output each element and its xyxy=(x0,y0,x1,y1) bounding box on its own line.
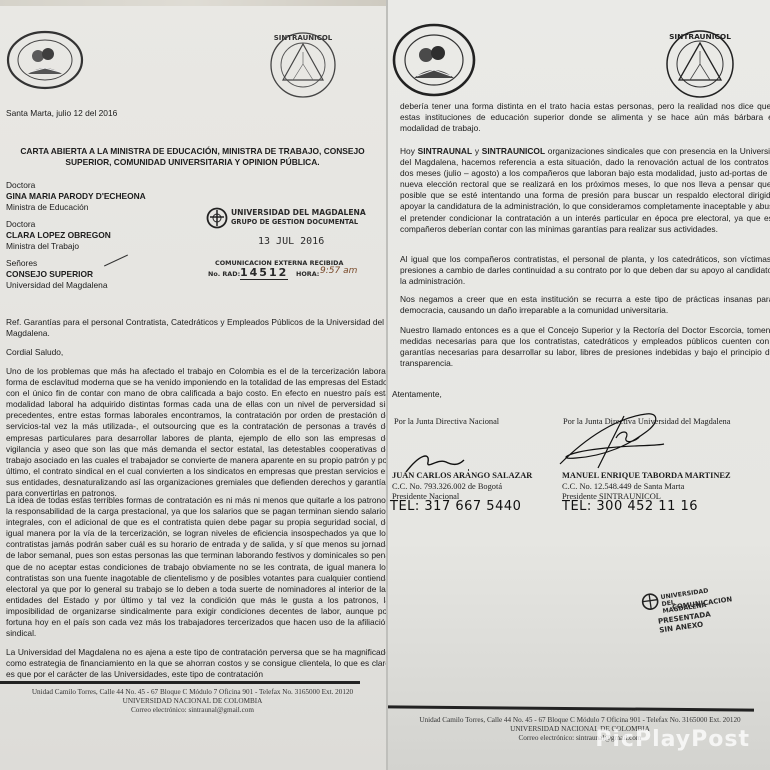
stamp-rad-label: No. RAD: xyxy=(208,270,240,278)
letter-page-1: SINTRAUNICOL Santa Marta, julio 12 del 2… xyxy=(0,0,386,770)
recipient-name: CLARA LOPEZ OBREGON xyxy=(6,230,111,241)
university-seal-icon xyxy=(640,591,660,611)
footer-rule xyxy=(0,681,360,684)
pen-mark xyxy=(104,255,128,267)
recipient-name: CONSEJO SUPERIOR xyxy=(6,269,93,280)
stamp-date: 13 JUL 2016 xyxy=(258,236,324,247)
letter-closing: Atentamente, xyxy=(392,389,442,400)
stamp-hora-label: HORA: xyxy=(296,270,319,278)
footer-address: Unidad Camilo Torres, Calle 44 No. 45 - … xyxy=(388,716,770,725)
signatory-name: JUAN CARLOS ARANGO SALAZAR xyxy=(392,470,532,481)
paragraph-connector: y xyxy=(472,146,482,156)
footer-email: Correo electrónico: sintraunal@gmail.com xyxy=(0,706,385,715)
recipient-name: GINA MARIA PARODY D'ECHEONA xyxy=(6,191,146,202)
letter-footer: Unidad Camilo Torres, Calle 44 No. 45 - … xyxy=(0,688,385,715)
footer-address: Unidad Camilo Torres, Calle 44 No. 45 - … xyxy=(0,688,385,697)
letter-date: Santa Marta, julio 12 del 2016 xyxy=(6,108,117,119)
signatory-phone: TEL: 317 667 5440 xyxy=(390,501,521,512)
signatory-on-behalf: Por la Junta Directiva Nacional xyxy=(394,416,499,427)
sintraunal-logo-icon xyxy=(6,30,84,90)
stamp-department: GRUPO DE GESTION DOCUMENTAL xyxy=(231,218,358,226)
recipient-salutation: Doctora xyxy=(6,180,35,191)
body-paragraph: Nos negamos a creer que en esta instituc… xyxy=(400,294,770,316)
footer-institution: UNIVERSIDAD NACIONAL DE COLOMBIA xyxy=(0,697,385,706)
body-paragraph: Al igual que los compañeros contratistas… xyxy=(400,254,770,287)
signature-icon xyxy=(546,408,686,474)
sintraunicol-logo-icon: SINTRAUNICOL xyxy=(664,28,736,100)
recipient-salutation: Doctora xyxy=(6,219,35,230)
recipient-role: Ministra de Educación xyxy=(6,202,88,213)
letter-title-line-2: SUPERIOR, COMUNIDAD UNIVERSITARIA Y OPIN… xyxy=(0,157,385,168)
recipient-role: Ministra del Trabajo xyxy=(6,241,79,252)
letter-greeting: Cordial Saludo, xyxy=(6,347,63,358)
letter-page-2: SINTRAUNICOL debería tener una forma dis… xyxy=(386,0,770,770)
body-paragraph: La Universidad del Magdalena no es ajena… xyxy=(6,647,386,680)
org-name-sintraunicol: SINTRAUNICOL xyxy=(482,146,545,156)
sintraunicol-logo-icon: SINTRAUNICOL xyxy=(268,30,338,100)
footer-rule xyxy=(388,705,754,711)
letter-reference: Ref. Garantías para el personal Contrati… xyxy=(6,317,384,339)
recipient-role: Universidad del Magdalena xyxy=(6,280,108,291)
letter-title: CARTA ABIERTA A LA MINISTRA DE EDUCACIÓN… xyxy=(0,146,385,168)
stamp-hora-value: 9:57 am xyxy=(320,266,357,276)
app-watermark: PicPlayPost xyxy=(595,727,750,752)
page-top-edge xyxy=(0,0,386,6)
body-paragraph: Uno de los problemas que más ha afectado… xyxy=(6,366,386,499)
stamp-university: UNIVERSIDAD DEL MAGDALENA xyxy=(231,208,366,217)
paragraph-lead: Hoy xyxy=(400,146,418,156)
body-paragraph: Nuestro llamado entonces es a que el Con… xyxy=(400,325,770,369)
signatory-phone: TEL: 300 452 11 16 xyxy=(562,501,698,512)
recipient-salutation: Señores xyxy=(6,258,37,269)
svg-text:SINTRAUNICOL: SINTRAUNICOL xyxy=(669,32,731,41)
sintraunal-logo-icon xyxy=(392,22,476,98)
signatory-name: MANUEL ENRIQUE TABORDA MARTINEZ xyxy=(562,470,731,481)
body-paragraph: Hoy SINTRAUNAL y SINTRAUNICOL organizaci… xyxy=(400,146,770,235)
stamp-rad-number: 14512 xyxy=(240,266,288,280)
org-name-sintraunal: SINTRAUNAL xyxy=(418,146,472,156)
svg-text:SINTRAUNICOL: SINTRAUNICOL xyxy=(274,34,333,42)
university-seal-icon xyxy=(206,207,228,234)
paragraph-body: organizaciones sindicales que con presen… xyxy=(400,146,770,234)
body-paragraph: La idea de todas estas terribles formas … xyxy=(6,495,386,639)
letter-title-line-1: CARTA ABIERTA A LA MINISTRA DE EDUCACIÓN… xyxy=(0,146,385,157)
continuation-paragraph: debería tener una forma distinta en el t… xyxy=(400,101,770,134)
